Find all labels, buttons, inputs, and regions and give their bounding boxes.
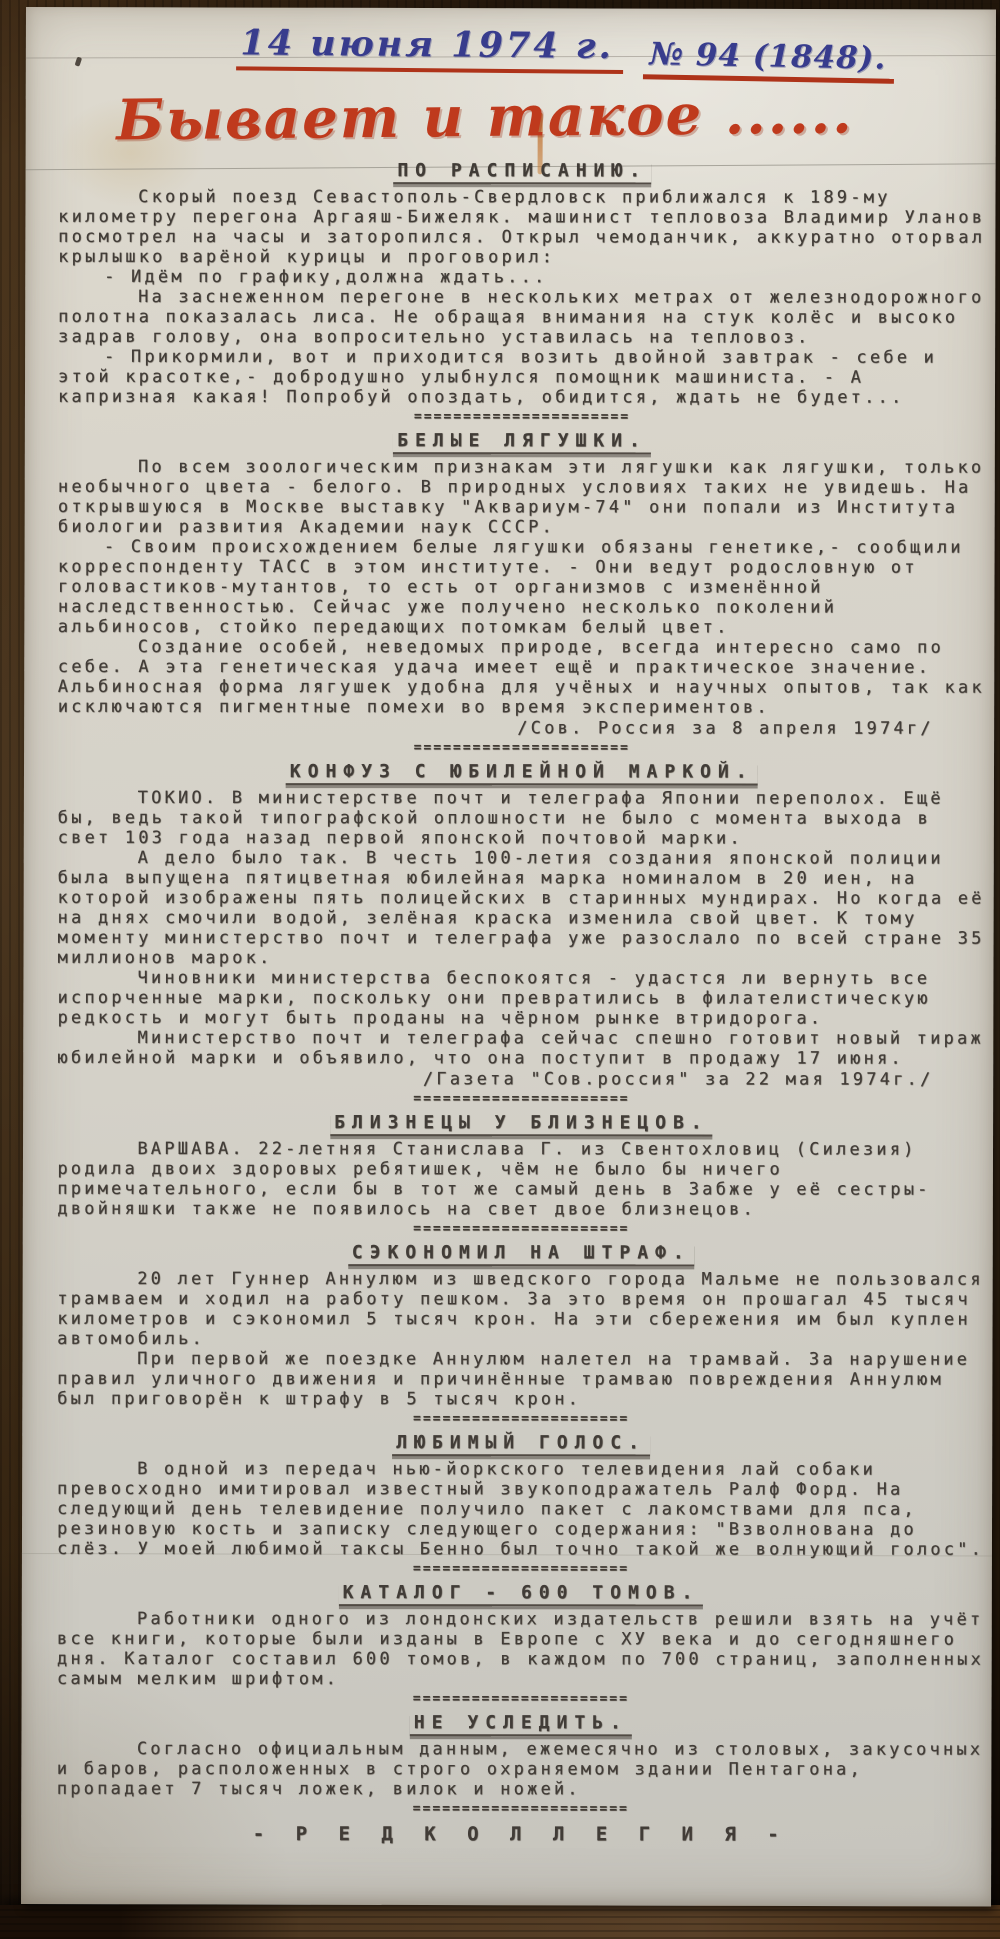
paragraph: Создание особей, неведомых природе, всег… (58, 637, 986, 718)
wood-bottom-plank (0, 1905, 1000, 1939)
section-heading: КОНФУЗ С ЮБИЛЕЙНОЙ МАРКОЙ. (286, 762, 758, 785)
section-separator: ====================== (57, 1693, 985, 1705)
section-heading: КАТАЛОГ - 600 ТОМОВ. (339, 1583, 704, 1606)
section-heading-row: ПО РАСПИСАНИЮ. (58, 161, 986, 185)
section: КАТАЛОГ - 600 ТОМОВ.Работники одного из … (57, 1583, 985, 1705)
section-separator: ====================== (57, 1563, 985, 1575)
section: ПО РАСПИСАНИЮ.Скорый поезд Севастополь-С… (58, 161, 986, 423)
section-separator: ====================== (57, 1223, 985, 1235)
section: НЕ УСЛЕДИТЬ.Согласно официальным данным,… (57, 1713, 985, 1815)
section-heading-row: НЕ УСЛЕДИТЬ. (57, 1713, 985, 1737)
section-separator: ====================== (58, 742, 986, 754)
section-heading: БЛИЗНЕЦЫ У БЛИЗНЕЦОВ. (330, 1113, 713, 1136)
section-heading-row: БЛИЗНЕЦЫ У БЛИЗНЕЦОВ. (57, 1113, 985, 1137)
section-heading: НЕ УСЛЕДИТЬ. (410, 1713, 632, 1736)
photo-of-wall-newspaper: 14 июня 1974 г. № 94 (1848). Бывает и та… (0, 0, 1000, 1939)
paragraph: На заснеженном перегоне в нескольких мет… (58, 287, 986, 348)
paragraph: Чиновники министерства беспокоятся - уда… (57, 968, 985, 1029)
paragraph: А дело было так. В честь 100-летия созда… (58, 848, 986, 969)
section-heading-row: СЭКОНОМИЛ НА ШТРАФ. (57, 1243, 985, 1267)
section-heading-row: КАТАЛОГ - 600 ТОМОВ. (57, 1583, 985, 1607)
sections: ПО РАСПИСАНИЮ.Скорый поезд Севастополь-С… (57, 161, 986, 1815)
paragraph: При первой же поездке Аннулюм налетел на… (57, 1349, 985, 1410)
section: БЛИЗНЕЦЫ У БЛИЗНЕЦОВ.ВАРШАВА. 22-летняя … (57, 1113, 985, 1235)
section: КОНФУЗ С ЮБИЛЕЙНОЙ МАРКОЙ.ТОКИО. В минис… (57, 762, 985, 1105)
paragraph: Скорый поезд Севастополь-Свердловск приб… (58, 187, 986, 268)
section-separator: ====================== (58, 411, 986, 423)
issue-date: 14 июня 1974 г. (236, 22, 624, 74)
section-separator: ====================== (57, 1803, 985, 1815)
paragraph: Работники одного из лондонских издательс… (57, 1609, 985, 1690)
footer-redkollegiya: - Р Е Д К О Л Л Е Г И Я - (57, 1824, 985, 1845)
section-heading: ПО РАСПИСАНИЮ. (393, 161, 651, 184)
paragraph: - Прикормили, вот и приходится возить дв… (58, 347, 986, 408)
paragraph: Согласно официальным данным, ежемесячно … (57, 1739, 985, 1800)
section-heading-row: БЕЛЫЕ ЛЯГУШКИ. (58, 431, 986, 455)
section-heading-row: ЛЮБИМЫЙ ГОЛОС. (57, 1433, 985, 1457)
section-heading: ЛЮБИМЫЙ ГОЛОС. (392, 1433, 650, 1456)
page-header: 14 июня 1974 г. № 94 (1848). (58, 24, 986, 82)
page-content: 14 июня 1974 г. № 94 (1848). Бывает и та… (23, 8, 995, 1906)
paragraph: - Своим происхождением белые лягушки обя… (58, 537, 986, 638)
paragraph: Министерство почт и телеграфа сейчас спе… (57, 1028, 985, 1069)
section-heading: СЭКОНОМИЛ НА ШТРАФ. (348, 1243, 695, 1266)
paragraph: ВАРШАВА. 22-летняя Станислава Г. из Свен… (57, 1139, 985, 1220)
issue-number: № 94 (1848). (643, 36, 895, 84)
paragraph: - Идём по графику,должна ждать... (58, 267, 986, 288)
paragraph: ТОКИО. В министерстве почт и телеграфа Я… (58, 788, 986, 849)
section: ЛЮБИМЫЙ ГОЛОС.В одной из передач нью-йор… (57, 1433, 985, 1575)
section: БЕЛЫЕ ЛЯГУШКИ.По всем зоологическим приз… (58, 431, 986, 754)
section-heading-row: КОНФУЗ С ЮБИЛЕЙНОЙ МАРКОЙ. (58, 762, 986, 786)
section: СЭКОНОМИЛ НА ШТРАФ.20 лет Гуннер Аннулюм… (57, 1243, 985, 1425)
source-line: /Газета "Сов.россия" за 22 мая 1974г./ (57, 1069, 985, 1090)
section-separator: ====================== (57, 1093, 985, 1105)
source-line: /Сов. Россия за 8 апреля 1974г/ (58, 718, 986, 739)
section-separator: ====================== (57, 1413, 985, 1425)
newspaper-sheet: 14 июня 1974 г. № 94 (1848). Бывает и та… (21, 7, 996, 1907)
paragraph: По всем зоологическим признакам эти лягу… (58, 457, 986, 538)
paragraph: 20 лет Гуннер Аннулюм из шведского город… (57, 1269, 985, 1350)
page-title: Бывает и такое ...... (116, 79, 987, 153)
section-heading: БЕЛЫЕ ЛЯГУШКИ. (393, 431, 651, 454)
paragraph: В одной из передач нью-йоркского телевид… (57, 1459, 985, 1560)
